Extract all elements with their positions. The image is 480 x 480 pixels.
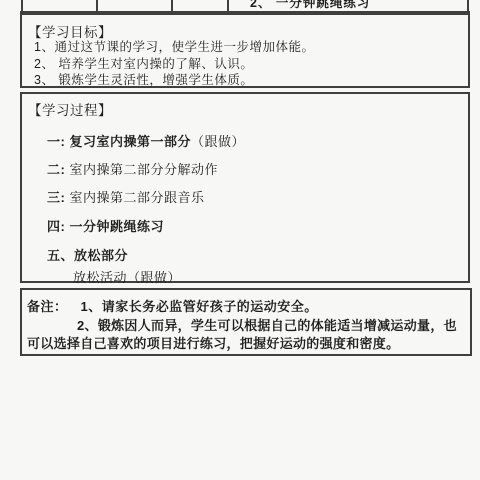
objective-item: 3、 锻炼学生灵活性，增强学生体质。 <box>34 72 314 89</box>
table-row-clipped: 2、 一分钟跳绳练习 <box>20 0 470 13</box>
notes-line: 备注： 1、请家长务必监管好孩子的运动安全。 <box>27 296 318 315</box>
step-regular-text: 室内操第二部分跟音乐 <box>65 190 204 205</box>
table-column-divider <box>227 0 229 11</box>
objectives-list: 1、通过这节课的学习，使学生进一步增加体能。 2、 培养学生对室内操的了解、认识… <box>34 39 314 89</box>
process-step: 一: 复习室内操第一部分（跟做） <box>47 131 245 150</box>
notes-section: 备注： 1、请家长务必监管好孩子的运动安全。 2、锻炼因人而异，学生可以根据自己… <box>20 288 472 356</box>
table-column-divider <box>96 0 98 11</box>
notes-item: 2、锻炼因人而异，学生可以根据自己的体能适当增减运动量，也可以选择自己喜欢的项目… <box>27 317 464 352</box>
process-step: 三: 室内操第二部分跟音乐 <box>47 187 204 206</box>
objective-item: 1、通过这节课的学习，使学生进一步增加体能。 <box>34 39 314 56</box>
step-bold-text: 二: <box>47 162 65 177</box>
step-bold-text: 一: 复习室内操第一部分 <box>47 134 191 149</box>
notes-label: 备注： <box>27 296 68 315</box>
objectives-title: 【学习目标】 <box>28 21 112 41</box>
table-column-divider <box>21 0 23 11</box>
objectives-section: 【学习目标】 1、通过这节课的学习，使学生进一步增加体能。 2、 培养学生对室内… <box>20 13 470 88</box>
step-regular-text: （跟做） <box>191 134 245 149</box>
step-bold-text: 四: 一分钟跳绳练习 <box>47 219 164 234</box>
table-column-divider <box>467 0 469 11</box>
process-step: 五、放松部分 <box>47 245 128 264</box>
table-column-divider <box>171 0 173 11</box>
process-sub-step: 放松活动（跟做） <box>73 267 181 286</box>
process-step: 四: 一分钟跳绳练习 <box>47 216 164 235</box>
step-bold-text: 三: <box>47 190 65 205</box>
objective-item: 2、 培养学生对室内操的了解、认识。 <box>34 56 314 73</box>
notes-item: 1、请家长务必监管好孩子的运动安全。 <box>81 296 318 315</box>
process-section: 【学习过程】 一: 复习室内操第一部分（跟做） 二: 室内操第二部分分解动作 三… <box>20 92 470 283</box>
process-title: 【学习过程】 <box>28 99 112 119</box>
clipped-list-item: 2、 一分钟跳绳练习 <box>250 0 370 11</box>
step-bold-text: 五、放松部分 <box>47 248 128 263</box>
process-step: 二: 室内操第二部分分解动作 <box>47 159 218 178</box>
step-regular-text: 室内操第二部分分解动作 <box>65 162 218 177</box>
lesson-plan-page: 2、 一分钟跳绳练习 【学习目标】 1、通过这节课的学习，使学生进一步增加体能。… <box>0 0 480 480</box>
